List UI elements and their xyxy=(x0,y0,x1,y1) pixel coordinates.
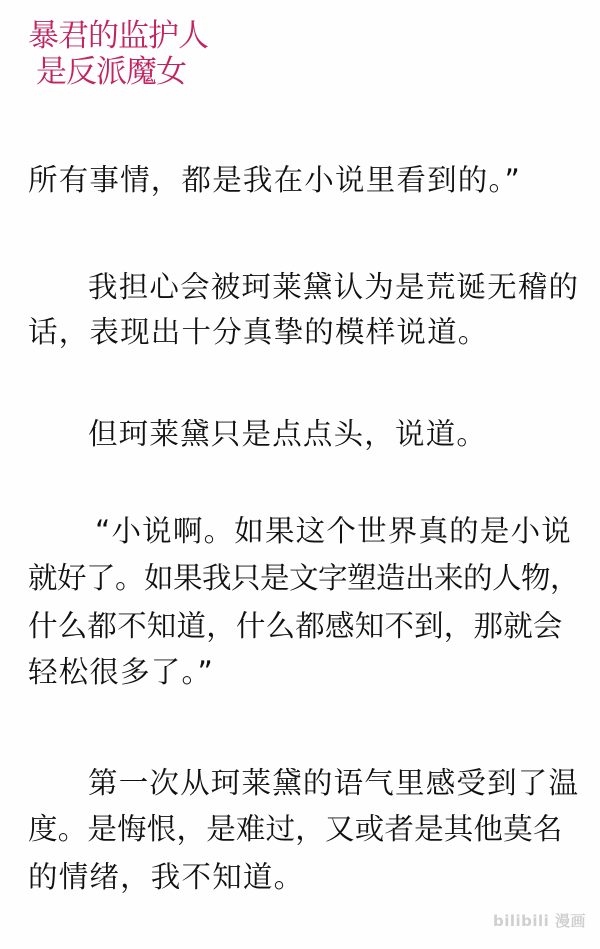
paragraph-2-line-2: 话，表现出十分真挚的模样说道。 xyxy=(28,314,489,350)
paragraph-5-line-1: 第一次从珂莱黛的语气里感受到了温 xyxy=(88,765,579,801)
paragraph-4-line-3: 什么都不知道，什么都感知不到，那就会 xyxy=(28,608,563,644)
paragraph-2-line-1: 我担心会被珂莱黛认为是荒诞无稽的 xyxy=(88,269,579,305)
paragraph-4-line-1: “小说啊。如果这个世界真的是小说 xyxy=(95,513,572,549)
paragraph-4-line-4: 轻松很多了。” xyxy=(28,654,214,690)
bilibili-comics-watermark: bilibili 漫画 xyxy=(493,910,586,931)
logo-line-2: 是反派魔女 xyxy=(28,54,218,90)
paragraph-5-line-3: 的情绪，我不知道。 xyxy=(28,859,304,895)
paragraph-5-line-2: 度。是悔恨，是难过，又或者是其他莫名 xyxy=(28,811,563,847)
logo-line-1: 暴君的监护人 xyxy=(28,18,218,54)
comic-title-logo: 暴君的监护人 是反派魔女 xyxy=(28,18,218,90)
paragraph-4-line-2: 就好了。如果我只是文字塑造出来的人物， xyxy=(28,560,579,596)
paragraph-1-line-1: 所有事情，都是我在小说里看到的。” xyxy=(28,162,521,198)
paragraph-3-line-1: 但珂莱黛只是点点头，说道。 xyxy=(88,416,487,452)
